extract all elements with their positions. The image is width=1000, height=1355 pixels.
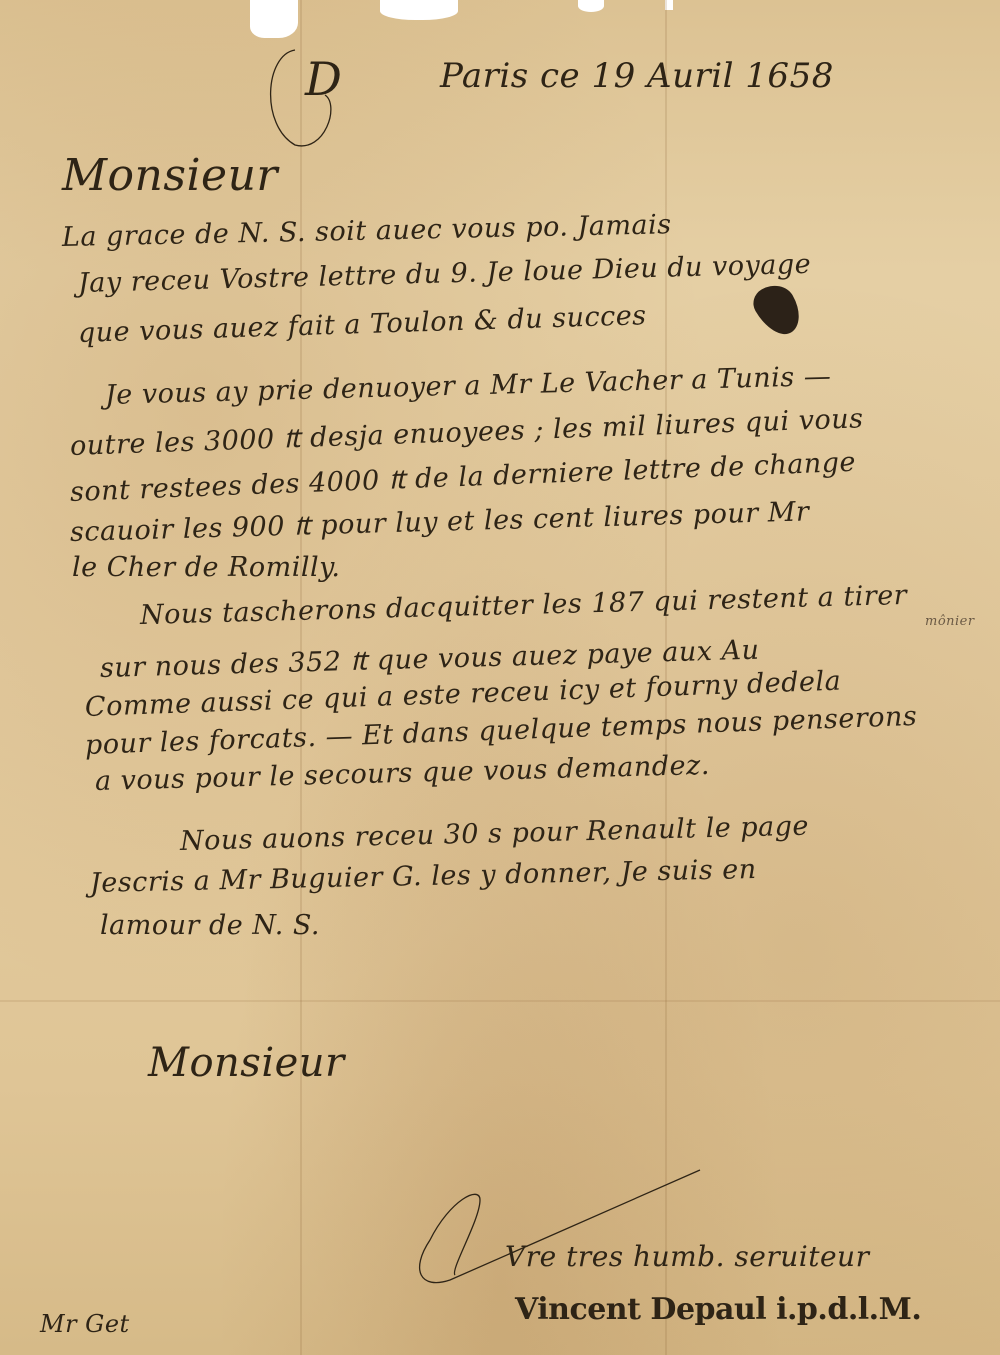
- fold-crease: [0, 1000, 1000, 1002]
- closing-flourish: [410, 1160, 710, 1300]
- signature: Vincent Depaul i.p.d.l.M.: [515, 1292, 921, 1327]
- body-line: le Cher de Romilly.: [72, 552, 340, 583]
- body-line: Jay receu Vostre lettre du 9. Je loue Di…: [78, 249, 812, 299]
- torn-edge: [250, 0, 298, 38]
- body-line: Jescris a Mr Buguier G. les y donner, Je…: [90, 854, 757, 899]
- marginal-note: mônier: [925, 614, 975, 629]
- body-line: lamour de N. S.: [100, 910, 320, 941]
- body-line: que vous auez fait a Toulon & du succes: [78, 300, 647, 349]
- body-line: Nous auons receu 30 s pour Renault le pa…: [180, 811, 810, 857]
- body-line: Nous tascherons dacquitter les 187 qui r…: [140, 580, 908, 631]
- header-initial: D: [305, 52, 342, 106]
- address-note: Mr Get: [40, 1310, 130, 1338]
- place-date: Paris ce 19 Auril 1658: [440, 56, 834, 96]
- closing-phrase: Vre tres humb. seruiteur: [505, 1240, 869, 1273]
- torn-edge: [380, 0, 458, 20]
- manuscript-page: D Paris ce 19 Auril 1658 Monsieur La gra…: [0, 0, 1000, 1355]
- ink-blot: [748, 277, 809, 342]
- closing-salutation: Monsieur: [148, 1040, 345, 1086]
- torn-edge: [578, 0, 604, 12]
- body-line: La grace de N. S. soit auec vous po. Jam…: [62, 209, 672, 253]
- salutation: Monsieur: [62, 150, 278, 201]
